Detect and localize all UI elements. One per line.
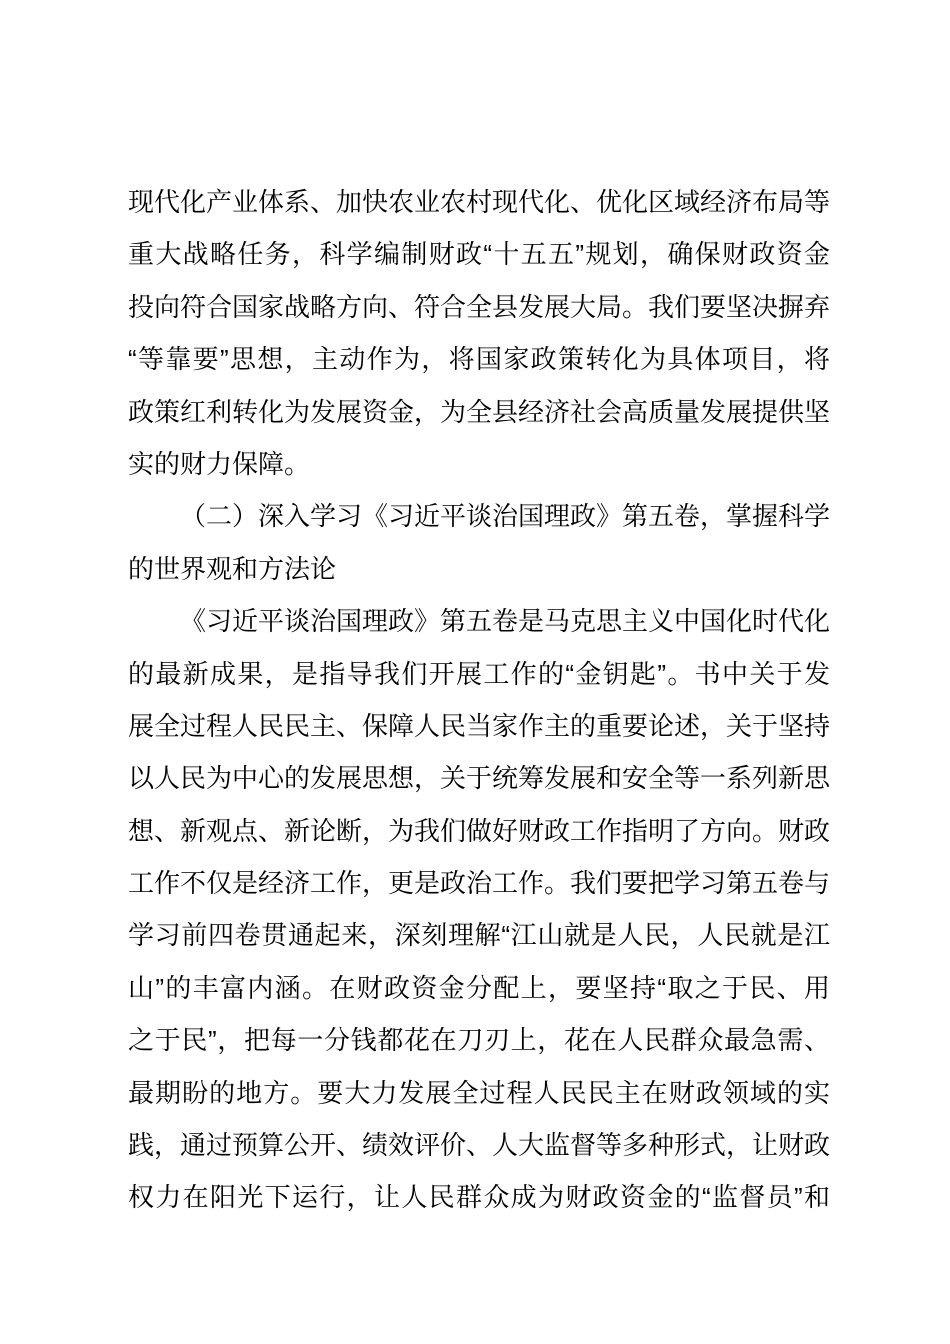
text-line: 《习近平谈治国理政》第五卷是马克思主义中国化时代化	[128, 595, 830, 647]
text-line: 的最新成果，是指导我们开展工作的“金钥匙”。书中关于发	[128, 648, 830, 700]
text-line: 现代化产业体系、加快农业农村现代化、优化区域经济布局等	[128, 176, 830, 228]
text-line: 以人民为中心的发展思想，关于统筹发展和安全等一系列新思	[128, 752, 830, 804]
text-line: 想、新观点、新论断，为我们做好财政工作指明了方向。财政	[128, 805, 830, 857]
text-line: 政策红利转化为发展资金，为全县经济社会高质量发展提供坚	[128, 386, 830, 438]
text-line: 之于民”，把每一分钱都花在刀刃上，花在人民群众最急需、	[128, 1014, 830, 1066]
text-line: 工作不仅是经济工作，更是政治工作。我们要把学习第五卷与	[128, 857, 830, 909]
text-line: “等靠要”思想，主动作为，将国家政策转化为具体项目，将	[128, 333, 830, 385]
text-line: 山”的丰富内涵。在财政资金分配上，要坚持“取之于民、用	[128, 962, 830, 1014]
text-line: 重大战略任务，科学编制财政“十五五”规划，确保财政资金	[128, 228, 830, 280]
text-line: （二）深入学习《习近平谈治国理政》第五卷，掌握科学	[128, 490, 830, 542]
text-line: 投向符合国家战略方向、符合全县发展大局。我们要坚决摒弃	[128, 281, 830, 333]
text-line: 最期盼的地方。要大力发展全过程人民民主在财政领域的实	[128, 1067, 830, 1119]
text-line: 学习前四卷贯通起来，深刻理解“江山就是人民，人民就是江	[128, 909, 830, 961]
document-page: 现代化产业体系、加快农业农村现代化、优化区域经济布局等重大战略任务，科学编制财政…	[0, 0, 950, 1344]
text-line: 的世界观和方法论	[128, 543, 830, 595]
text-line: 权力在阳光下运行，让人民群众成为财政资金的“监督员”和	[128, 1171, 830, 1223]
text-line: 实的财力保障。	[128, 438, 830, 490]
text-line: 践，通过预算公开、绩效评价、人大监督等多种形式，让财政	[128, 1119, 830, 1171]
text-line: 展全过程人民民主、保障人民当家作主的重要论述，关于坚持	[128, 700, 830, 752]
text-block: 现代化产业体系、加快农业农村现代化、优化区域经济布局等重大战略任务，科学编制财政…	[128, 176, 830, 1224]
